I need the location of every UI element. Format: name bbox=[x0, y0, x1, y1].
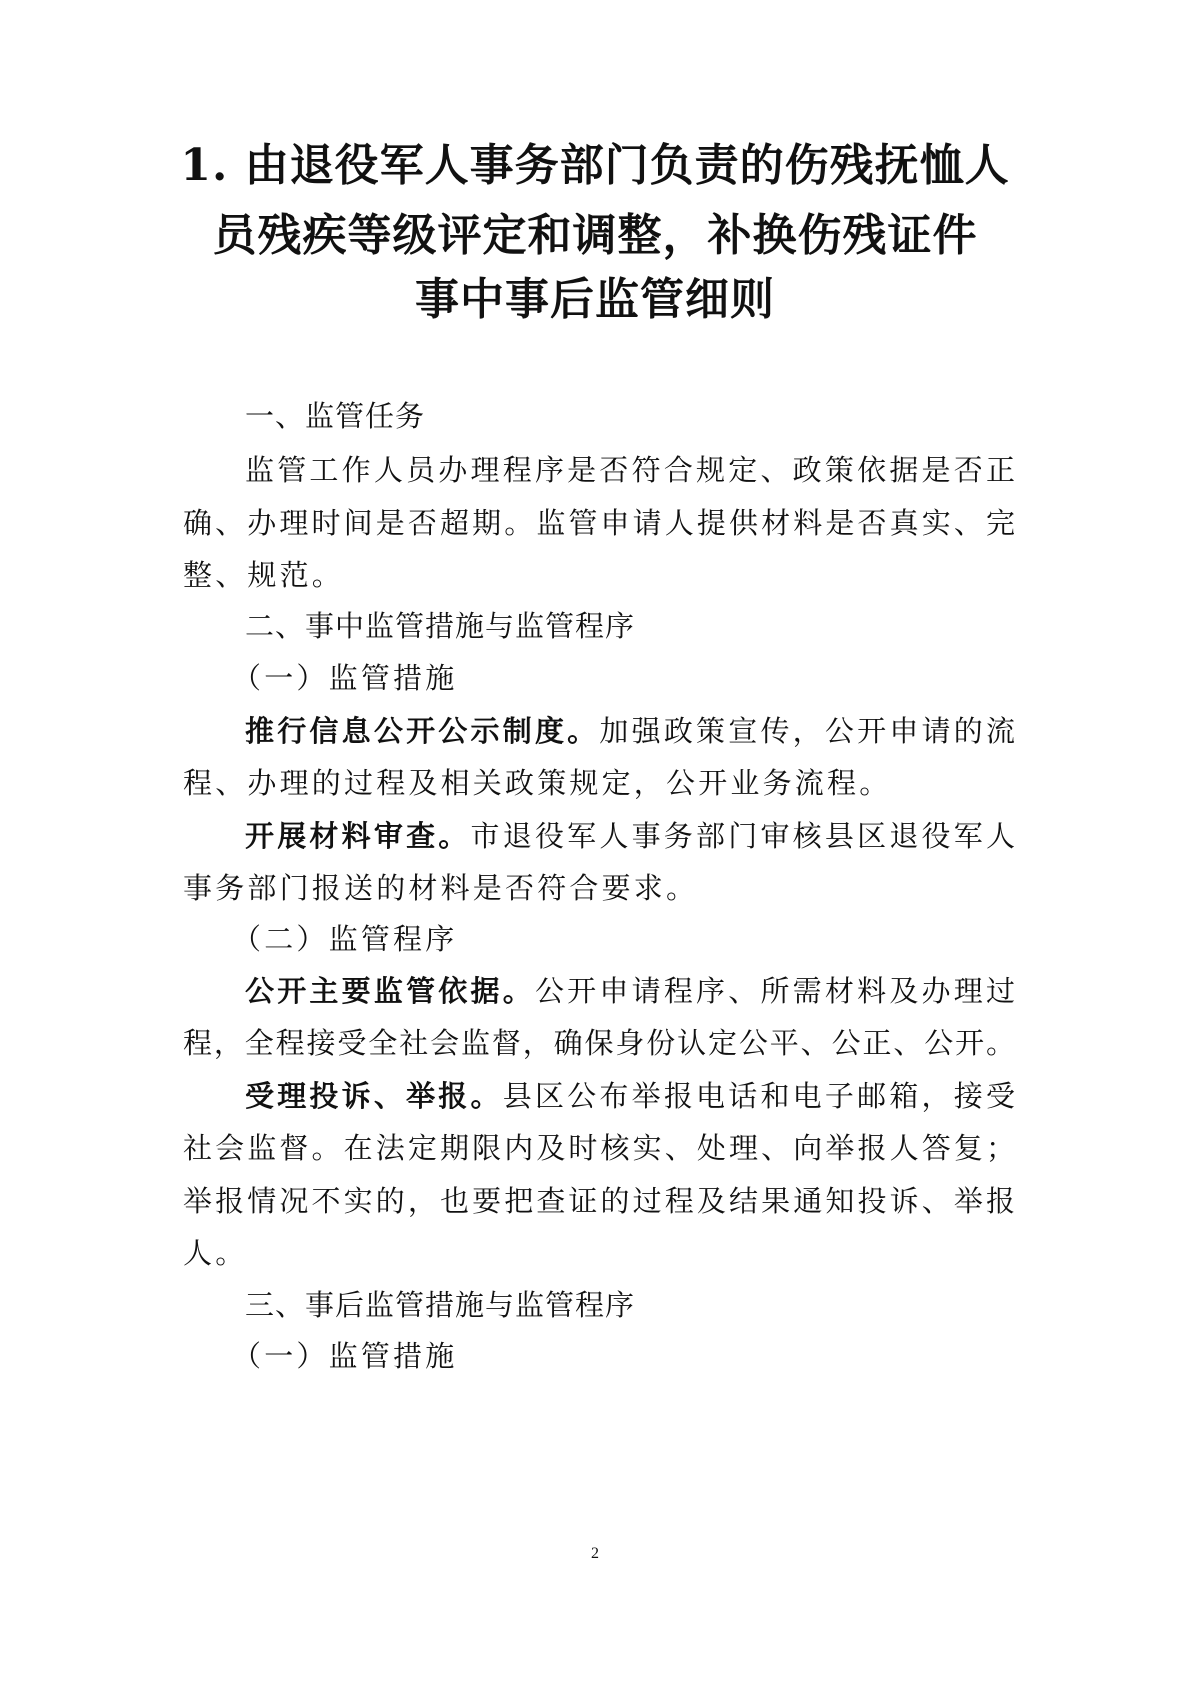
bold-lead: 公开主要监管依据。 bbox=[245, 974, 535, 1008]
paragraph-line: 整、规范。 bbox=[183, 557, 1015, 593]
subsection-heading: （一）监管措施 bbox=[232, 1338, 1064, 1374]
subsection-heading: （二）监管程序 bbox=[232, 921, 1064, 957]
section-1-heading: 一、监管任务 bbox=[245, 398, 1015, 434]
paragraph-line: 程，全程接受全社会监督，确保身份认定公平、公正、公开。 bbox=[183, 1025, 1015, 1061]
document-title-line-3: 事中事后监管细则 bbox=[0, 272, 1190, 328]
section-2-heading: 二、事中监管措施与监管程序 bbox=[245, 608, 1015, 644]
subsection-heading: （一）监管措施 bbox=[232, 660, 1064, 696]
bold-lead: 开展材料审查。 bbox=[245, 819, 471, 853]
paragraph-line: 公开主要监管依据。公开申请程序、所需材料及办理过 bbox=[245, 973, 1015, 1009]
document-title-line-1: 1. 由退役军人事务部门负责的伤残抚恤人 bbox=[0, 138, 1190, 194]
paragraph-text: 公开申请程序、所需材料及办理过 bbox=[535, 974, 1015, 1008]
paragraph-line: 举报情况不实的，也要把查证的过程及结果通知投诉、举报 bbox=[183, 1183, 1015, 1219]
section-3-heading: 三、事后监管措施与监管程序 bbox=[245, 1287, 1015, 1323]
paragraph-line: 开展材料审查。市退役军人事务部门审核县区退役军人 bbox=[245, 818, 1015, 854]
paragraph-line: 事务部门报送的材料是否符合要求。 bbox=[183, 870, 1015, 906]
paragraph-line: 人。 bbox=[183, 1235, 1015, 1271]
paragraph-line: 程、办理的过程及相关政策规定，公开业务流程。 bbox=[183, 765, 1015, 801]
paragraph-text: 县区公布举报电话和电子邮箱，接受 bbox=[503, 1079, 1015, 1113]
bold-lead: 推行信息公开公示制度。 bbox=[245, 714, 599, 748]
paragraph-line: 推行信息公开公示制度。加强政策宣传，公开申请的流 bbox=[245, 713, 1015, 749]
paragraph-line: 受理投诉、举报。县区公布举报电话和电子邮箱，接受 bbox=[245, 1078, 1015, 1114]
paragraph-line: 监管工作人员办理程序是否符合规定、政策依据是否正 bbox=[245, 452, 1015, 488]
paragraph-text: 市退役军人事务部门审核县区退役军人 bbox=[471, 819, 1015, 853]
page-number: 2 bbox=[0, 1545, 1190, 1563]
paragraph-text: 加强政策宣传，公开申请的流 bbox=[599, 714, 1015, 748]
document-title-line-2: 员残疾等级评定和调整，补换伤残证件 bbox=[0, 208, 1190, 264]
paragraph-line: 确、办理时间是否超期。监管申请人提供材料是否真实、完 bbox=[183, 505, 1015, 541]
bold-lead: 受理投诉、举报。 bbox=[245, 1079, 503, 1113]
paragraph-line: 社会监督。在法定期限内及时核实、处理、向举报人答复； bbox=[183, 1130, 1015, 1166]
